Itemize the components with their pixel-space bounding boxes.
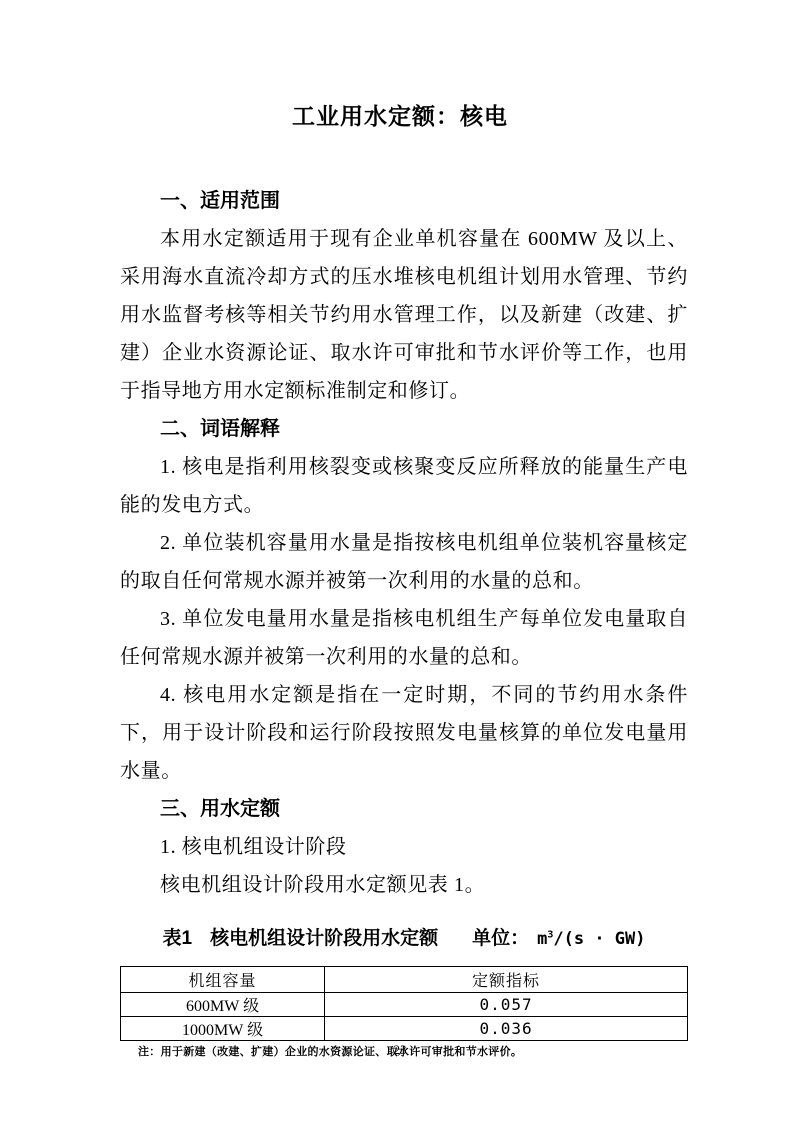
table-unit-value: m3/(s · GW) [537, 929, 645, 949]
paragraph-definition-4: 4. 核电用水定额是指在一定时期，不同的节约用水条件下，用于设计阶段和运行阶段按… [120, 676, 688, 790]
cell-capacity-1000mw: 1000MW 级 [121, 1016, 325, 1040]
cell-quota-600mw: 0.057 [325, 992, 688, 1016]
unit-denominator: /(s · GW) [553, 929, 645, 949]
document-content: 一、适用范围 本用水定额适用于现有企业单机容量在 600MW 及以上、采用海水直… [0, 182, 800, 1060]
table-row: 1000MW 级 0.036 [121, 1016, 688, 1040]
cell-quota-1000mw: 0.036 [325, 1016, 688, 1040]
paragraph-definition-2: 2. 单位装机容量用水量是指按核电机组单位装机容量核定的取自任何常规水源并被第一… [120, 524, 688, 600]
document-title: 工业用水定额：核电 [0, 100, 800, 132]
paragraph-scope: 本用水定额适用于现有企业单机容量在 600MW 及以上、采用海水直流冷却方式的压… [120, 220, 688, 410]
section-heading-definitions: 二、词语解释 [120, 410, 688, 448]
column-header-quota: 定额指标 [325, 966, 688, 992]
table-unit-label: 单位： [472, 928, 529, 949]
table-header-row: 机组容量 定额指标 [121, 966, 688, 992]
section-heading-scope: 一、适用范围 [120, 182, 688, 220]
table-caption: 表1核电机组设计阶段用水定额单位：m3/(s · GW) [120, 920, 688, 954]
document-page: 工业用水定额：核电 一、适用范围 本用水定额适用于现有企业单机容量在 600MW… [0, 0, 800, 1131]
unit-base: m [537, 929, 547, 949]
table-label: 表1 [162, 928, 192, 949]
paragraph-definition-1: 1. 核电是指利用核裂变或核聚变反应所释放的能量生产电能的发电方式。 [120, 448, 688, 524]
section-heading-quota: 三、用水定额 [120, 790, 688, 828]
table-title: 核电机组设计阶段用水定额 [210, 928, 438, 949]
page-number: 23 [0, 1042, 800, 1058]
paragraph-quota-reference: 核电机组设计阶段用水定额见表 1。 [120, 866, 688, 904]
quota-table: 机组容量 定额指标 600MW 级 0.057 1000MW 级 0.036 [120, 966, 688, 1041]
cell-capacity-600mw: 600MW 级 [121, 992, 325, 1016]
table-row: 600MW 级 0.057 [121, 992, 688, 1016]
paragraph-quota-stage: 1. 核电机组设计阶段 [120, 828, 688, 866]
paragraph-definition-3: 3. 单位发电量用水量是指核电机组生产每单位发电量取自任何常规水源并被第一次利用… [120, 600, 688, 676]
column-header-capacity: 机组容量 [121, 966, 325, 992]
